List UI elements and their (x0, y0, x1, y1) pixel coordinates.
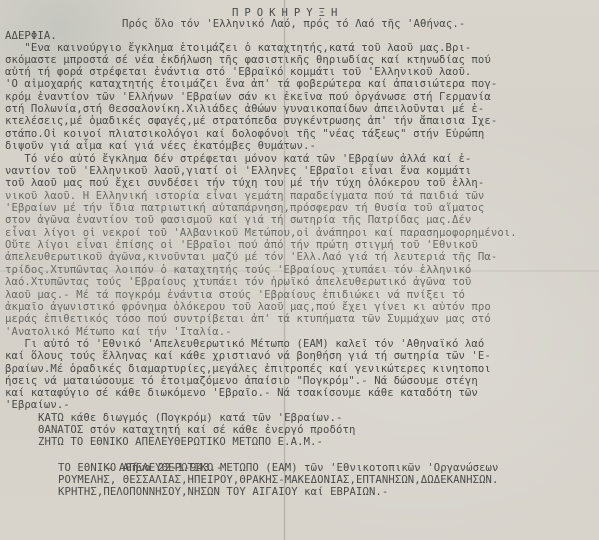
body-line: καί καταφύγιο σέ κάθε διωκόμενο 'Εβραῖο.… (5, 387, 478, 400)
salutation: ΑΔΕΡΦΙΑ. (5, 30, 57, 43)
body-line: τοῦ λαοῦ μας πού ἔχει συνδέσει τήν τύχη … (5, 177, 484, 190)
body-line: Γι αὐτό τό 'Εθνικό 'Απελευθερωτικό Μέτωπ… (5, 338, 484, 351)
typewritten-proclamation-page: ΠΡΟΚΗΡΥΞΗ Πρός ὅλο τόν 'Ελληνικό Λαό, πρ… (0, 0, 599, 540)
body-line: καί ὅλους τούς ἕλληνας καί κάθε χριστιαν… (5, 350, 491, 363)
body-line: ἀπελευθερωτικοῦ ἀγῶνα,κινοῦνται μαζύ μέ … (5, 251, 497, 264)
body-line: μεράς ἐπιθετικός τόσο πού συντρίβεται ἀπ… (5, 313, 491, 326)
slogan-line: ΘΑΝΑΤΟΣ στόν καταχτητή καί σέ κάθε ἐνεργ… (38, 424, 355, 437)
body-line: ναντίον τοῦ 'Ελληνικοῦ λαοῦ,γιατί οἱ 'Ελ… (5, 165, 471, 178)
body-line: λαοῦ μας.- Μέ τά πογκρόμ ἐνάντια στούς '… (5, 289, 465, 302)
body-line: κρόμ ἐναντίον τῶν 'Ελλήνων 'Εβραίων σάν … (5, 91, 491, 104)
body-line: αὐτή τή φορά στρέφεται ἐνάντια στό 'Εβρα… (5, 66, 471, 79)
body-line: Τό νέο αὐτό ἔγκλημα δέν στρέφεται μόνον … (5, 153, 471, 166)
signature-line: ΤΟ ΕΘΝΙΚΟ ΑΠΕΛΕΥΘΕΡΩΤΙΚΟ ΜΕΤΩΠΟ (ΕΑΜ) τῶ… (58, 462, 499, 475)
slogan-line: ΖΗΤΩ ΤΟ ΕΘΝΙΚΟ ΑΠΕΛΕΥΘΕΡΩΤΙΚΟ ΜΕΤΩΠΟ Ε.Α… (38, 436, 323, 449)
body-line: νικοῦ λαοῦ. Η Ελληνική ιστορία εἶναι γεμ… (5, 190, 484, 203)
signature-line: ΡΟΥΜΕΛΗΣ, ΘΕΣΣΑΛΙΑΣ,ΗΠΕΙΡΟΥ,ΘΡΑΚΗΣ-ΜΑΚΕΔ… (58, 474, 499, 487)
body-line: Οὔτε λίγοι εἶναι ἐπίσης οἱ 'Εβραῖοι πού … (5, 239, 478, 252)
body-line: βραίων.Μέ ὁραδικές διαμαρτυρίες,μεγάλες … (5, 363, 491, 376)
body-line: σκόμαστε μπροστά σέ νέα ἐκδήλωση τῆς φασ… (5, 54, 491, 67)
slogan-line: ΚΑΤΩ κάθε διωγμός (Πογκρόμ) κατά τῶν 'Εβ… (38, 412, 342, 425)
body-line: ήσεις νά ματαιώσουμε τό ἑτοιμαζόμενο ἀπα… (5, 375, 478, 388)
body-line: λαό.Χτυπῶντας τούς 'Εβραίους χτυπάει τόν… (5, 276, 471, 289)
body-line: 'Εβραίων μέ τήν ἴδια πατριωτική αὐταπάρν… (5, 202, 484, 215)
body-line: στή Πολωνία,στή Θεσσαλονίκη.Χιλιάδες ἀθώ… (5, 103, 484, 116)
body-line: στάπο.Οἱ κοινοί πλιατσικολόγοι καί δολοφ… (5, 128, 484, 141)
body-line: 'Ανατολικό Μέτωπο καί τήν 'Ιταλία.- (5, 326, 232, 339)
body-line: εἶναι λίγοι οἱ νεκροί τοῦ 'Αλβανικοῦ Μετ… (5, 227, 517, 240)
body-line: τρίδος.Χτυπῶντας λοιπόν ὁ καταχτητής τού… (5, 264, 471, 277)
body-line: στον ἀγῶνα ἐναντίον τοῦ φασισμοῦ καί γιά… (5, 214, 471, 227)
body-line: 'Εβραίων.- (5, 399, 70, 412)
document-subtitle: Πρός ὅλο τόν 'Ελληνικό Λαό, πρός τό Λαό … (122, 18, 465, 31)
body-line: διψοῦν γιά αἷμα καί γιά νέες ἑκατόμβες θ… (5, 140, 316, 153)
body-line: ἀκμαῖο ἀγωνιστικό φρόνημα ὁλόκερου τοῦ λ… (5, 301, 491, 314)
body-line: 'Ο αἱμοχαρής καταχτητής ἑτοιμάζει ἕνα ἀπ… (5, 78, 497, 91)
signature-line: ΚΡΗΤΗΣ,ΠΕΛΟΠΟΝΝΗΣΟΥ,ΝΗΣΩΝ ΤΟΥ ΑΙΓΑΙΟΥ κα… (58, 486, 388, 499)
body-line: "Ενα καινούργιο ἔγκλημα ἑτοιμάζει ὁ κατα… (5, 42, 471, 55)
body-line: κτελέσεις,μέ ὁμαδικές σφαγές,μέ στρατόπε… (5, 115, 497, 128)
